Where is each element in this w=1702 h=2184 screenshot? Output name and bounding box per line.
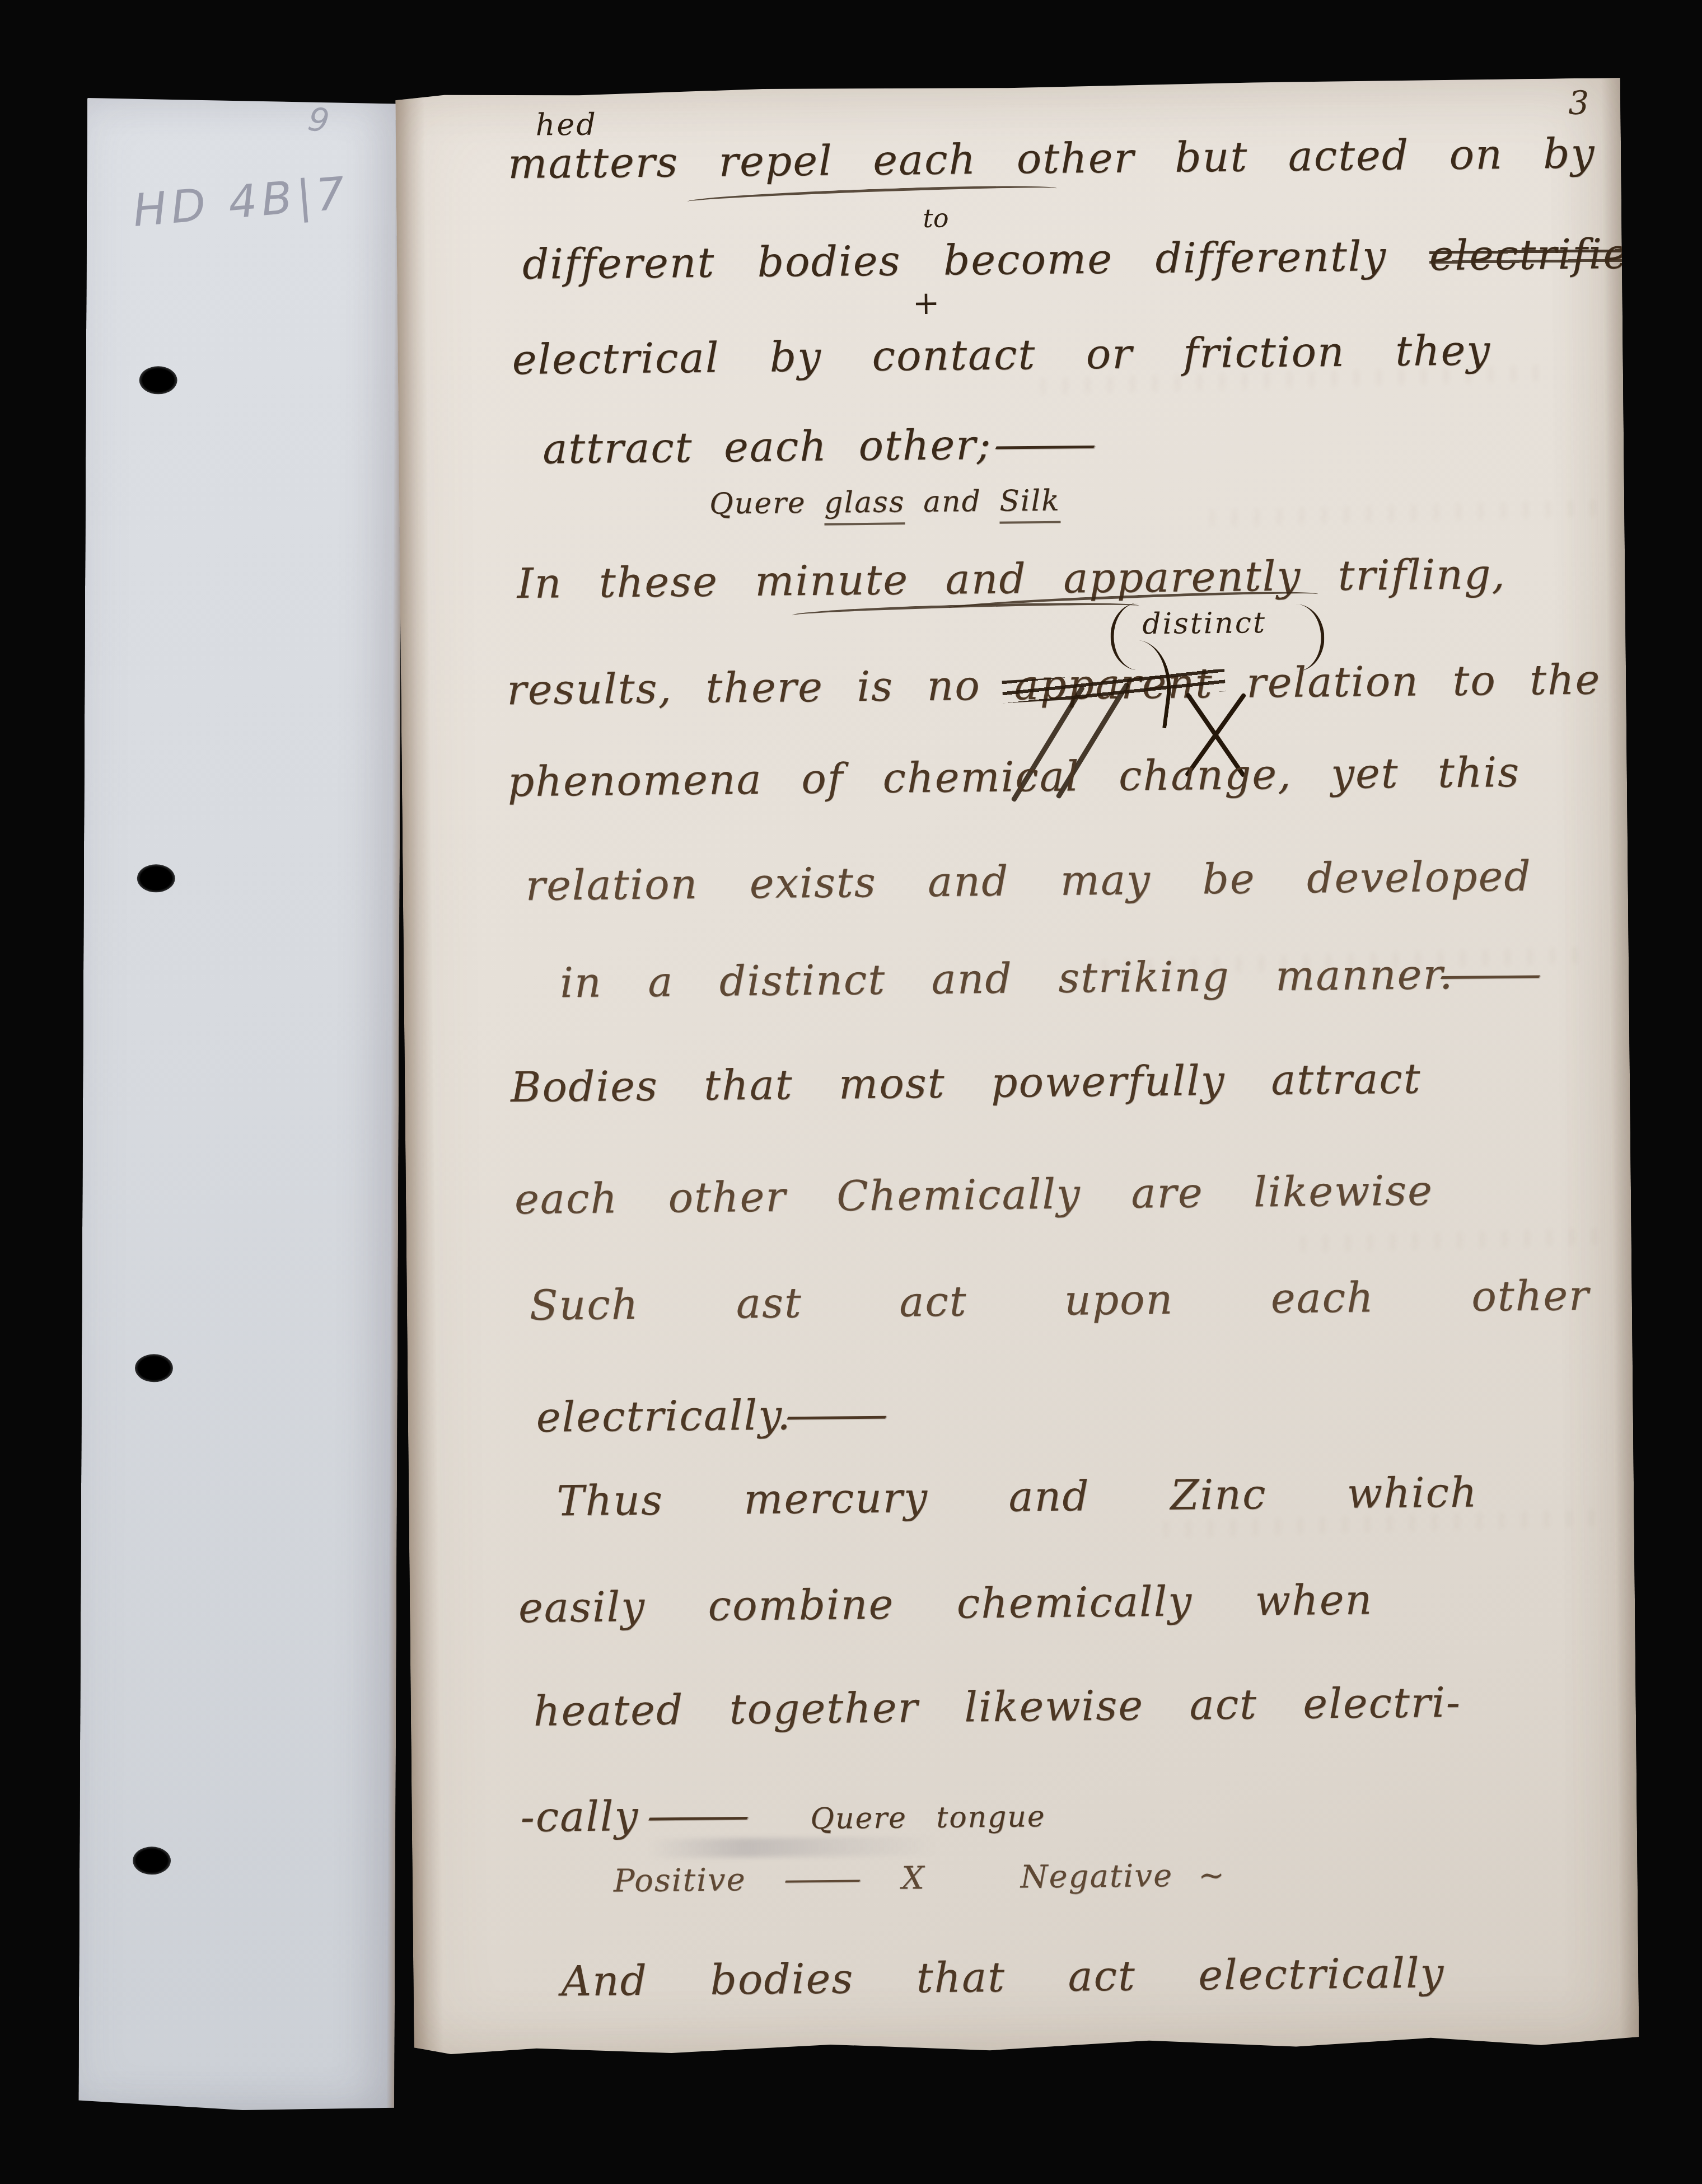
pencil-smudge — [647, 1836, 938, 1858]
manuscript-line-16: heated together likewise act electri- — [533, 1679, 1461, 1736]
line06-text: relation to the — [1213, 655, 1601, 707]
manuscript-line-02: different bodies become differently elec… — [522, 229, 1657, 288]
interline-insertion-distinct: distinct — [1142, 606, 1266, 641]
ink-bleedthrough — [1302, 1228, 1616, 1252]
line18-positive: Positive — [613, 1862, 746, 1899]
line13-text: electrically. — [536, 1391, 792, 1441]
line02-text: different bodies — [522, 237, 901, 288]
line09-dash-flourish: — — [1436, 949, 1547, 999]
punch-hole — [137, 864, 175, 892]
line05-text: In these — [517, 557, 755, 608]
manuscript-line-19: And bodies that act electrically — [561, 1949, 1445, 2005]
line04-semicolon: ; — [976, 421, 992, 469]
insertion-plus-mark: + — [912, 284, 939, 322]
manuscript-line-18: Positive—XNegative~ — [613, 1857, 1226, 1899]
verso-page-number-pencil: 9 — [305, 100, 331, 140]
manuscript-line-05: In these minute and apparently trifling, — [517, 550, 1506, 608]
punch-hole — [135, 1354, 173, 1382]
manuscript-line-14: Thus mercury and Zinc which — [557, 1469, 1478, 1526]
line09-text: in a distinct and striking manner. — [560, 950, 1454, 1007]
line02-text: become differently — [901, 232, 1429, 285]
line18-tilde-flourish: ~ — [1198, 1857, 1226, 1894]
archive-reference-pencil: HD 4B|7 — [131, 167, 351, 237]
quere-and: and — [905, 485, 999, 519]
line05-comma: , — [1491, 550, 1506, 598]
manuscript-line-04: attract each other;— — [543, 420, 1102, 474]
manuscript-line-12: Such ast act upon each other — [529, 1272, 1589, 1330]
quere-glass-underlined: glass — [824, 485, 905, 525]
quere-silk-underlined: Silk — [999, 484, 1060, 524]
manuscript-line-11: each other Chemically are likewise — [515, 1166, 1434, 1224]
ink-layer: 3 hed matters repel each other but acted… — [395, 78, 1639, 2058]
carryover-word: hed — [535, 107, 597, 143]
recto-page-number: 3 — [1568, 84, 1589, 122]
ink-bleedthrough — [1211, 500, 1603, 526]
line01-underlined-phrase: each other — [873, 134, 1135, 184]
manuscript-line-15: easily combine chemically when — [518, 1576, 1373, 1632]
quere-label: Quere — [709, 486, 825, 521]
manuscript-line-09: in a distinct and striking manner.— — [560, 950, 1530, 1007]
manuscript-line-13: electrically.— — [536, 1390, 885, 1442]
photo-backdrop: 9 HD 4B|7 3 hed matters repel each other… — [0, 0, 1702, 2184]
line18-dash: — — [782, 1860, 866, 1897]
line01-text: but acted on by — [1134, 129, 1596, 182]
interline-insertion-to: to — [923, 203, 949, 233]
manuscript-line-10: Bodies that most powerfully attract — [511, 1054, 1422, 1112]
line04-dash-flourish: — — [991, 420, 1102, 469]
manuscript-line-03: electrical by contact or friction they — [512, 326, 1491, 384]
manuscript-line-01: matters repel each other but acted on by — [508, 129, 1596, 188]
manuscript-line-17: -cally—Quere tongue — [520, 1788, 1046, 1841]
line17-text: -cally — [520, 1792, 639, 1841]
manuscript-line-08: relation exists and may be developed — [525, 852, 1532, 910]
line18-x-mark: X — [901, 1860, 925, 1896]
line17-quere-tongue: Quere tongue — [810, 1800, 1046, 1836]
quere-note-line: Quere glass and Silk — [709, 484, 1060, 521]
line06-text: results, there is no — [507, 661, 1014, 714]
line02-struck-word: electrified — [1429, 229, 1657, 280]
line04-text: attract each other — [543, 421, 977, 473]
punch-hole — [139, 366, 177, 394]
manuscript-line-07: phenomena of chemical change, yet this — [507, 748, 1520, 806]
line13-dash-flourish: — — [782, 1390, 893, 1440]
manuscript-line-06: results, there is no apparent relation t… — [507, 655, 1601, 714]
manuscript-page: 3 hed matters repel each other but acted… — [395, 78, 1639, 2058]
verso-page-edge: 9 HD 4B|7 — [78, 96, 403, 2111]
underline-flourish-each-other — [688, 182, 1057, 208]
line17-dash-flourish: — — [644, 1791, 755, 1840]
line01-text: matters repel — [508, 137, 873, 188]
punch-hole — [133, 1846, 171, 1874]
line18-negative: Negative — [1020, 1858, 1173, 1896]
